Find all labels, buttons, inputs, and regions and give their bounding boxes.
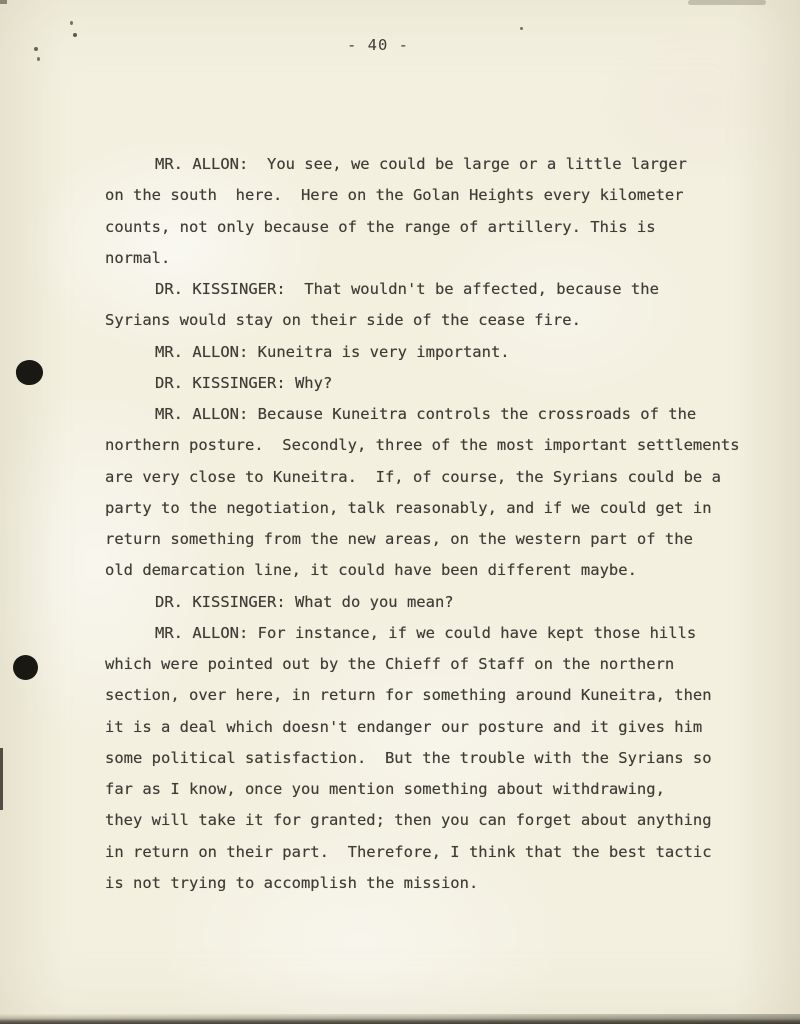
text-line: are very close to Kuneitra. If, of cours… — [105, 462, 755, 493]
text-line: on the south here. Here on the Golan Hei… — [105, 180, 755, 211]
ink-speck — [70, 21, 73, 25]
text-line: northern posture. Secondly, three of the… — [105, 430, 755, 461]
text-line: is not trying to accomplish the mission. — [105, 868, 755, 899]
text-line: it is a deal which doesn't endanger our … — [105, 712, 755, 743]
left-edge-mark — [0, 748, 3, 810]
scanned-page: - 40 - MR. ALLON: You see, we could be l… — [0, 0, 800, 1024]
text-line: MR. ALLON: You see, we could be large or… — [105, 149, 755, 180]
text-line: counts, not only because of the range of… — [105, 212, 755, 243]
text-line: MR. ALLON: Kuneitra is very important. — [105, 337, 755, 368]
text-line: in return on their part. Therefore, I th… — [105, 837, 755, 868]
transcript-body: MR. ALLON: You see, we could be large or… — [105, 149, 755, 899]
text-line: MR. ALLON: For instance, if we could hav… — [105, 618, 755, 649]
text-line: old demarcation line, it could have been… — [105, 555, 755, 586]
hole-punch-top — [14, 358, 44, 387]
text-line: party to the negotiation, talk reasonabl… — [105, 493, 755, 524]
text-line: far as I know, once you mention somethin… — [105, 774, 755, 805]
text-line: some political satisfaction. But the tro… — [105, 743, 755, 774]
hole-punch-bottom — [13, 655, 38, 680]
ink-speck — [37, 57, 40, 61]
text-line: return something from the new areas, on … — [105, 524, 755, 555]
text-line: which were pointed out by the Chieff of … — [105, 649, 755, 680]
text-line: section, over here, in return for someth… — [105, 680, 755, 711]
text-line: DR. KISSINGER: Why? — [105, 368, 755, 399]
text-line: DR. KISSINGER: What do you mean? — [105, 587, 755, 618]
ink-speck — [520, 27, 523, 30]
scan-smudge — [688, 0, 766, 5]
text-line: Syrians would stay on their side of the … — [105, 305, 755, 336]
page-number: - 40 - — [0, 36, 756, 54]
text-line: they will take it for granted; then you … — [105, 805, 755, 836]
text-line: DR. KISSINGER: That wouldn't be affected… — [105, 274, 755, 305]
page-bottom-edge-shadow — [0, 1014, 800, 1024]
scan-corner-artifact — [0, 0, 7, 4]
text-line: normal. — [105, 243, 755, 274]
text-line: MR. ALLON: Because Kuneitra controls the… — [105, 399, 755, 430]
